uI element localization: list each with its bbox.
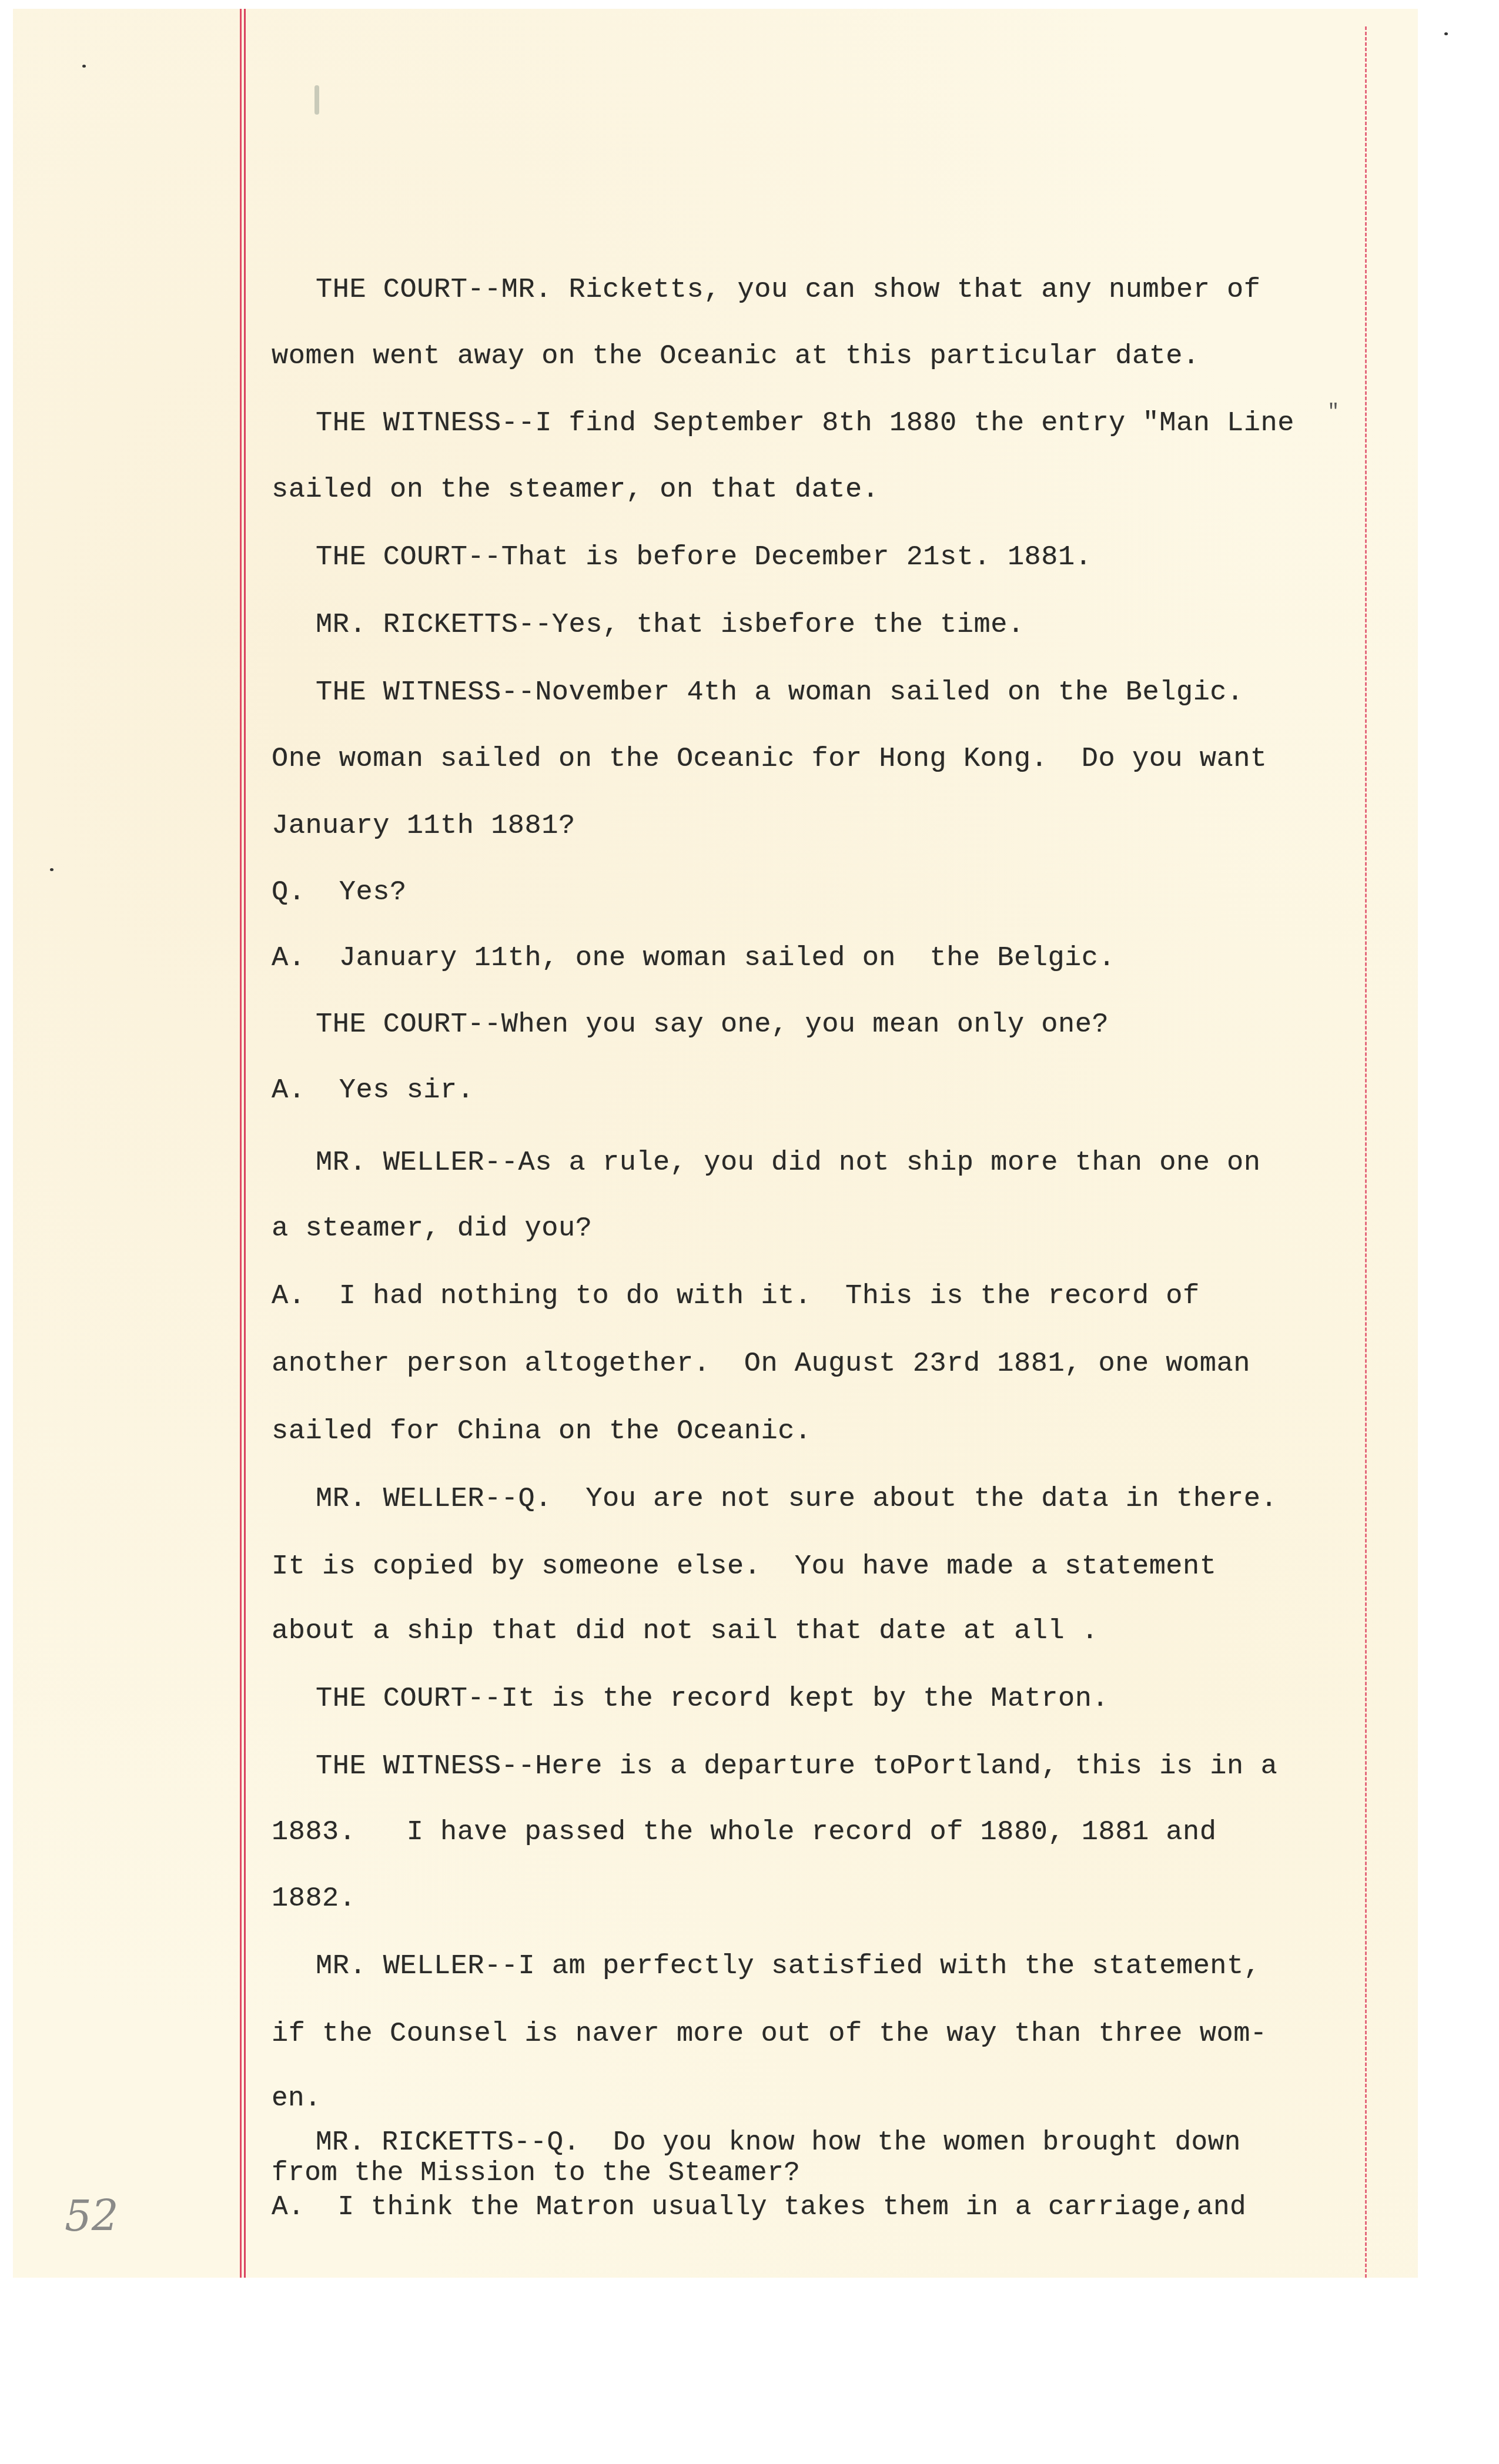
paper-speck xyxy=(50,868,53,871)
paper-smudge xyxy=(314,85,319,115)
transcript-line: MR. WELLER--Q. You are not sure about th… xyxy=(316,1485,1277,1513)
transcript-line: THE WITNESS--Here is a departure toPortl… xyxy=(316,1753,1277,1780)
superscript-closing-quote: " xyxy=(1327,401,1339,423)
transcript-line: 1882. xyxy=(272,1885,356,1913)
transcript-line: A. January 11th, one woman sailed on the… xyxy=(272,945,1115,972)
page-number-pencil: 52 xyxy=(65,2191,119,2241)
left-margin-rule xyxy=(240,9,242,2278)
transcript-line: A. I had nothing to do with it. This is … xyxy=(272,1283,1200,1310)
scan-speck xyxy=(1444,32,1448,35)
paper-speck xyxy=(82,65,86,68)
transcript-line: THE WITNESS--I find September 8th 1880 t… xyxy=(316,410,1294,437)
left-margin-rule-inner xyxy=(244,9,246,2278)
transcript-line: MR. WELLER--As a rule, you did not ship … xyxy=(316,1149,1260,1177)
transcript-line: THE COURT--When you say one, you mean on… xyxy=(316,1011,1109,1039)
transcript-line: MR. RICKETTS--Q. Do you know how the wom… xyxy=(316,2129,1241,2156)
transcript-line: One woman sailed on the Oceanic for Hong… xyxy=(272,745,1267,773)
transcript-line: THE WITNESS--November 4th a woman sailed… xyxy=(316,679,1244,707)
transcript-line: MR. WELLER--I am perfectly satisfied wit… xyxy=(316,1953,1260,1980)
transcript-line: women went away on the Oceanic at this p… xyxy=(272,343,1200,370)
transcript-line: MR. RICKETTS--Yes, that isbefore the tim… xyxy=(316,611,1025,639)
transcript-line: A. Yes sir. xyxy=(272,1077,474,1104)
right-margin-rule xyxy=(1365,26,1367,2278)
transcript-line: from the Mission to the Steamer? xyxy=(272,2160,800,2187)
transcript-line: en. xyxy=(272,2085,321,2112)
transcript-line: A. I think the Matron usually takes them… xyxy=(272,2194,1246,2221)
transcript-line: sailed for China on the Oceanic. xyxy=(272,1418,812,1445)
transcript-line: THE COURT--MR. Ricketts, you can show th… xyxy=(316,276,1260,304)
transcript-line: It is copied by someone else. You have m… xyxy=(272,1553,1216,1581)
transcript-line: about a ship that did not sail that date… xyxy=(272,1618,1099,1645)
transcript-line: 1883. I have passed the whole record of … xyxy=(272,1819,1216,1846)
transcript-line: a steamer, did you? xyxy=(272,1215,592,1243)
transcript-line: another person altogether. On August 23r… xyxy=(272,1350,1250,1378)
transcript-line: if the Counsel is naver more out of the … xyxy=(272,2020,1267,2048)
transcript-line: THE COURT--It is the record kept by the … xyxy=(316,1685,1109,1713)
transcript-line: THE COURT--That is before December 21st.… xyxy=(316,544,1092,571)
transcript-line: sailed on the steamer, on that date. xyxy=(272,476,879,504)
transcript-line: January 11th 1881? xyxy=(272,812,575,840)
transcript-line: Q. Yes? xyxy=(272,879,407,906)
